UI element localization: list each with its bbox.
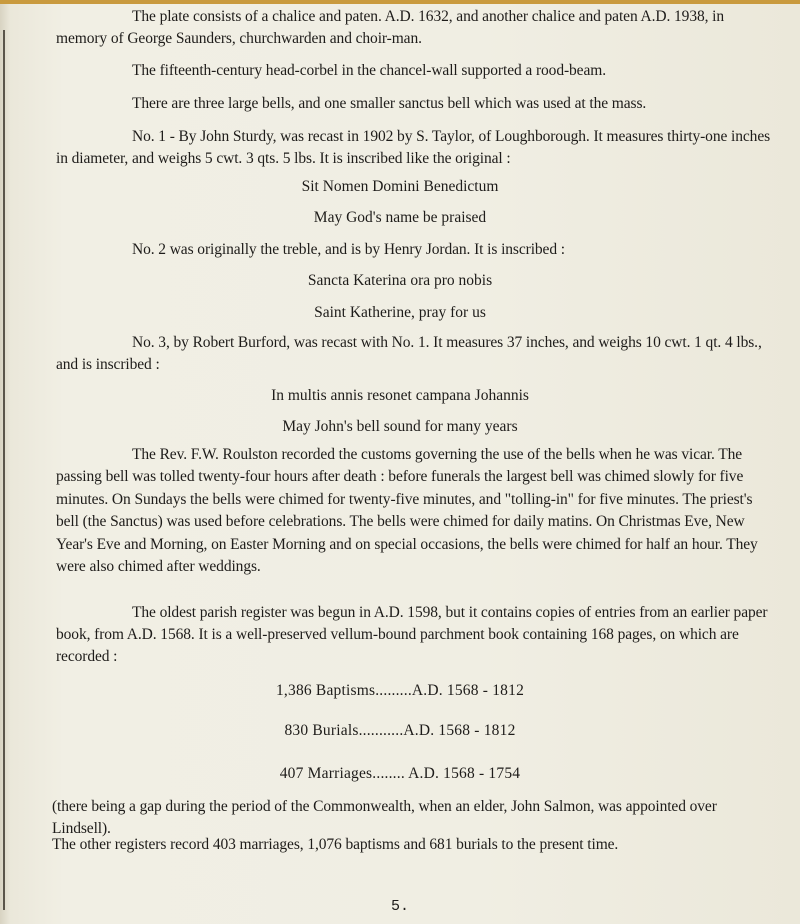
inscription-bell3-latin: In multis annis resonet campana Johannis [0,385,800,407]
page-top-edge [0,0,800,4]
page-shadow [0,0,10,924]
inscription-bell2-english: Saint Katherine, pray for us [0,302,800,324]
inscription-bell1-latin: Sit Nomen Domini Benedictum [0,176,800,198]
paragraph-register: The oldest parish register was begun in … [56,602,772,668]
paragraph-bell-1: No. 1 - By John Sturdy, was recast in 19… [56,126,772,170]
inscription-bell2-latin: Sancta Katerina ora pro nobis [0,270,800,292]
paragraph-bells: There are three large bells, and one sma… [56,93,772,115]
inscription-bell3-english: May John's bell sound for many years [0,416,800,438]
paragraph-customs: The Rev. F.W. Roulston recorded the cust… [56,444,772,578]
paragraph-other-registers: The other registers record 403 marriages… [52,834,792,856]
paragraph-bell-2: No. 2 was originally the treble, and is … [132,239,772,261]
paragraph-bell-3: No. 3, by Robert Burford, was recast wit… [56,332,772,376]
paragraph-corbel: The fifteenth-century head-corbel in the… [56,60,772,82]
record-burials: 830 Burials...........A.D. 1568 - 1812 [0,720,800,742]
record-marriages: 407 Marriages........ A.D. 1568 - 1754 [0,763,800,785]
document-page: The plate consists of a chalice and pate… [0,0,800,924]
page-number: 5. [0,898,800,915]
record-baptisms: 1,386 Baptisms.........A.D. 1568 - 1812 [0,680,800,702]
paragraph-plate: The plate consists of a chalice and pate… [56,6,772,50]
inscription-bell1-english: May God's name be praised [0,207,800,229]
